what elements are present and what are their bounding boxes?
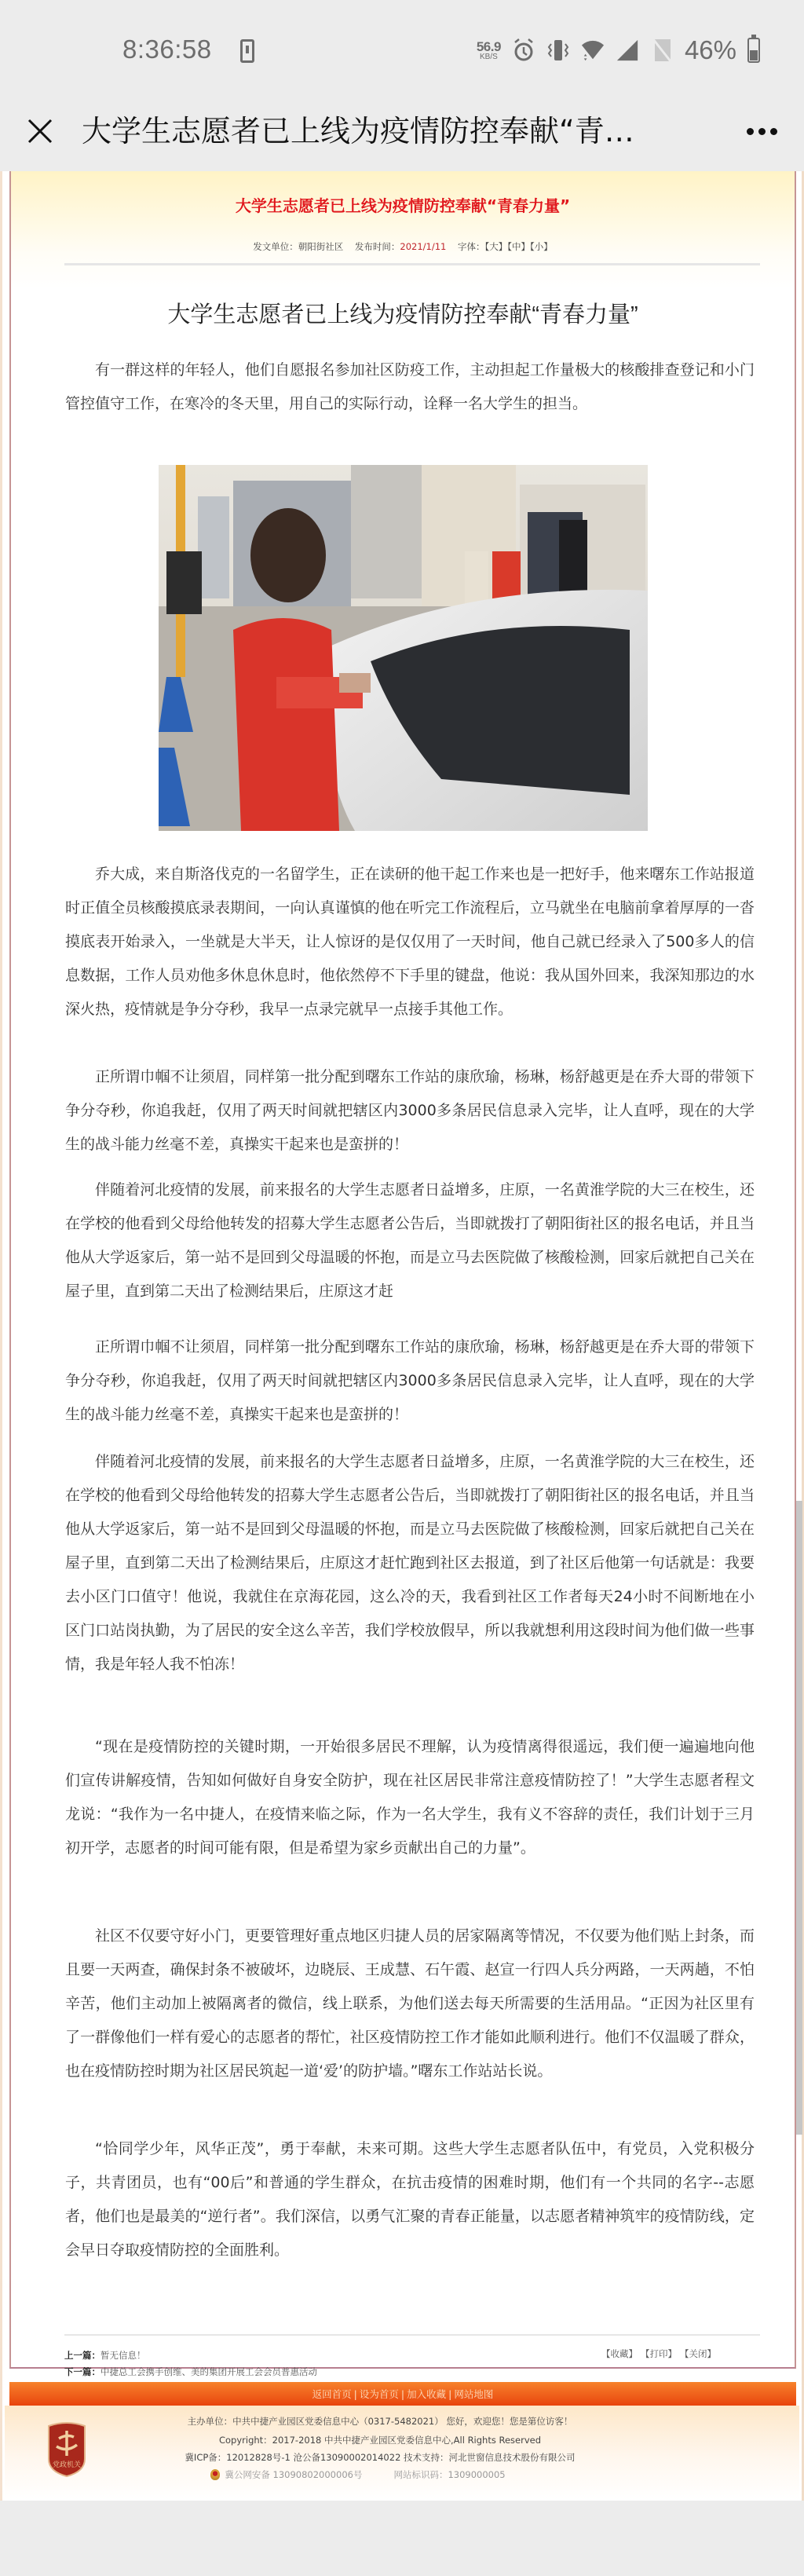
article-meta: 发文单位：朝阳街社区 发布时间：2021/1/11 字体：【大】【中】【小】	[11, 240, 795, 253]
article-navigation: 上一篇：暂无信息！ 下一篇：中捷总工会携手创维、美的集团开展工会会员普惠活动	[64, 2347, 317, 2380]
article-title: 大学生志愿者已上线为疫情防控奉献“青春力量”	[11, 297, 795, 329]
footer-link-bookmark[interactable]: 加入收藏	[407, 2387, 446, 2401]
prev-article-label: 上一篇：	[64, 2350, 100, 2361]
font-size-small-link[interactable]: 【小】	[530, 241, 553, 252]
vibrate-icon	[546, 38, 570, 63]
header-divider	[64, 263, 760, 265]
footer-icp: 冀ICP备：12012828号-1 沧公备13090002014022 技术支持…	[0, 2451, 777, 2464]
police-record-link[interactable]: 冀公网安备 13090802000006号	[225, 2468, 362, 2481]
prev-article: 上一篇：暂无信息！	[64, 2347, 317, 2364]
meta-unit-label: 发文单位：	[253, 241, 298, 252]
scrollbar-thumb[interactable]	[796, 1501, 802, 2135]
status-time: 8:36:58	[122, 35, 212, 64]
footer-nav: 返回首页 | 设为首页 | 加入收藏 | 网站地图	[9, 2382, 796, 2406]
footer-sponsor: 主办单位：中共中捷产业园区党委信息中心（0317-5482021） 您好，欢迎您…	[0, 2415, 777, 2428]
article-paragraph: 社区不仅要守好小门，更要管理好重点地区归捷人员的居家隔离等情况，不仅要为他们贴上…	[65, 1919, 755, 2088]
footer-records: 冀公网安备 13090802000006号 网站标识码：1309000005	[0, 2468, 755, 2481]
article-paragraph: 伴随着河北疫情的发展，前来报名的大学生志愿者日益增多，庄原，一名黄淮学院的大三在…	[65, 1173, 755, 1308]
meta-time-label: 发布时间：	[355, 241, 400, 252]
app-bar: 大学生志愿者已上线为疫情防控奉献“青…	[0, 102, 804, 171]
font-size-large-link[interactable]: 【大】	[484, 241, 507, 252]
more-icon-dot	[747, 128, 754, 135]
footer-separator: |	[401, 2388, 404, 2400]
font-size-medium-link[interactable]: 【中】	[507, 241, 530, 252]
meta-font-label: 字体：	[458, 241, 485, 252]
article-paragraph: “现在是疫情防控的关键时期，一开始很多居民不理解，认为疫情离得很遥远，我们便一遍…	[65, 1730, 755, 1865]
article-photo	[159, 465, 648, 831]
network-speed-value: 56.9	[477, 40, 501, 53]
article-paragraph: 乔大成，来自斯洛伐克的一名留学生，正在读研的他干起工作来也是一把好手，他来曙东工…	[65, 858, 755, 1026]
download-notification-icon	[240, 39, 254, 63]
next-article-label: 下一篇：	[64, 2366, 100, 2377]
alarm-icon	[512, 38, 535, 63]
footer-link-set-home[interactable]: 设为首页	[360, 2387, 399, 2401]
meta-unit: 朝阳街社区	[298, 241, 344, 252]
network-speed-unit: KB/S	[480, 53, 498, 61]
print-link[interactable]: 【打印】	[641, 2347, 677, 2360]
web-page: 大学生志愿者已上线为疫情防控奉献“青春力量” 发文单位：朝阳街社区 发布时间：2…	[0, 171, 804, 2501]
status-bar: 8:36:58 56.9 KB/S 46%	[0, 0, 804, 102]
article-paragraph: 有一群这样的年轻人，他们自愿报名参加社区防疫工作，主动担起工作量极大的核酸排查登…	[65, 353, 755, 421]
page-title: 大学生志愿者已上线为疫情防控奉献“青…	[82, 112, 725, 151]
footer-separator: |	[448, 2388, 451, 2400]
battery-icon	[747, 38, 760, 63]
wifi-icon	[581, 38, 605, 63]
battery-percent: 46%	[685, 35, 736, 65]
more-icon-dot	[758, 128, 766, 135]
favorite-link[interactable]: 【收藏】	[601, 2347, 638, 2360]
next-article-link[interactable]: 中捷总工会携手创维、美的集团开展工会会员普惠活动	[100, 2366, 317, 2377]
prev-article-link[interactable]: 暂无信息！	[100, 2350, 146, 2361]
site-id: 网站标识码：1309000005	[393, 2468, 505, 2481]
volunteer-photo-image	[159, 465, 648, 831]
no-sim-icon	[650, 38, 674, 63]
close-link[interactable]: 【关闭】	[680, 2347, 716, 2360]
article-nav-divider	[64, 2334, 760, 2336]
close-button[interactable]	[22, 113, 58, 149]
network-speed: 56.9 KB/S	[477, 40, 501, 61]
article-paragraph: “恰同学少年，风华正茂”，勇于奉献，未来可期。这些大学生志愿者队伍中，有党员，入…	[65, 2132, 755, 2267]
footer-link-home[interactable]: 返回首页	[312, 2387, 352, 2401]
more-button[interactable]	[740, 113, 784, 149]
article-paragraph: 正所谓巾帼不让须眉，同样第一批分配到曙东工作站的康欣瑜，杨琳，杨舒越更是在乔大哥…	[65, 1060, 755, 1162]
footer-info: 党政机关 主办单位：中共中捷产业园区党委信息中心（0317-5482021） 您…	[5, 2406, 799, 2500]
publish-date: 2021/1/11	[400, 241, 446, 252]
next-article: 下一篇：中捷总工会携手创维、美的集团开展工会会员普惠活动	[64, 2364, 317, 2380]
footer-link-sitemap[interactable]: 网站地图	[454, 2387, 493, 2401]
article-header: 大学生志愿者已上线为疫情防控奉献“青春力量” 发文单位：朝阳街社区 发布时间：2…	[11, 171, 795, 289]
footer-copyright: Copyright：2017-2018 中共中捷产业园区党委信息中心,All R…	[0, 2434, 777, 2446]
article-actions: 【收藏】 【打印】 【关闭】	[601, 2347, 716, 2360]
close-icon	[27, 118, 53, 145]
more-icon-dot	[770, 128, 777, 135]
police-badge-icon	[210, 2469, 220, 2480]
article-frame: 大学生志愿者已上线为疫情防控奉献“青春力量” 发文单位：朝阳街社区 发布时间：2…	[9, 171, 796, 2369]
article-paragraph: 正所谓巾帼不让须眉，同样第一批分配到曙东工作站的康欣瑜，杨琳，杨舒越更是在乔大哥…	[65, 1330, 755, 1432]
footer-separator: |	[354, 2388, 357, 2400]
article-paragraph: 伴随着河北疫情的发展，前来报名的大学生志愿者日益增多，庄原，一名黄淮学院的大三在…	[65, 1445, 755, 1681]
header-red-title: 大学生志愿者已上线为疫情防控奉献“青春力量”	[11, 193, 795, 216]
signal-icon	[616, 38, 639, 63]
status-icons: 56.9 KB/S 46%	[477, 35, 760, 66]
